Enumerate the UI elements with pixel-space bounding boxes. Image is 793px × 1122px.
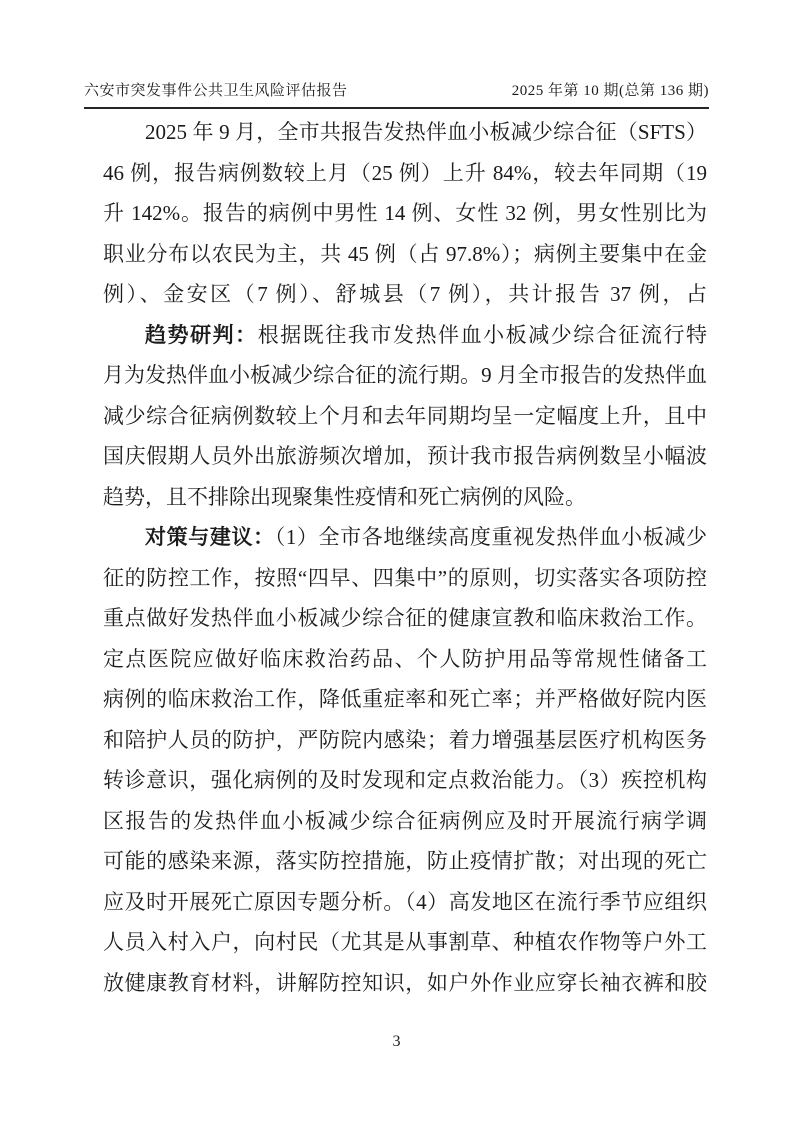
text-line: 征的防控工作，按照“四早、四集中”的原则，切实落实各项防控措施， (103, 558, 707, 599)
text-line: 趋势研判：根据既往我市发热伴血小板减少综合征流行特征，4-10 (103, 315, 707, 356)
paragraph: 对策与建议：（1）全市各地继续高度重视发热伴血小板减少综合征的防控工作，按照“四… (103, 517, 707, 1003)
bold-label: 对策与建议： (145, 525, 275, 549)
text-line: 月为发热伴血小板减少综合征的流行期。9 月全市报告的发热伴血小板 (103, 355, 707, 396)
text-line: 趋势，且不排除出现聚集性疫情和死亡病例的风险。 (103, 477, 707, 518)
text-line: 2025 年 9 月，全市共报告发热伴血小板减少综合征（SFTS）病例 (103, 112, 707, 153)
text-line: 对策与建议：（1）全市各地继续高度重视发热伴血小板减少综合 (103, 517, 707, 558)
text-line: 转诊意识，强化病例的及时发现和定点救治能力。（3）疾控机构对辖 (103, 760, 707, 801)
text-line: 区报告的发热伴血小板减少综合征病例应及时开展流行病学调查，追溯 (103, 801, 707, 842)
page-number: 3 (393, 1033, 401, 1050)
text-line: 放健康教育材料，讲解防控知识，如户外作业应穿长袖衣裤和胶鞋、裸 (103, 963, 707, 1004)
text-line: 46 例，报告病例数较上月（25 例）上升 84%，较去年同期（19 例）上 (103, 153, 707, 194)
page-header: 六安市突发事件公共卫生风险评估报告 2025 年第 10 期(总第 136 期) (84, 79, 709, 109)
header-report-title: 六安市突发事件公共卫生风险评估报告 (84, 79, 348, 100)
text-line: 升 142%。报告的病例中男性 14 例、女性 32 例，男女性别比为 1:2.… (103, 193, 707, 234)
paragraph: 趋势研判：根据既往我市发热伴血小板减少综合征流行特征，4-10月为发热伴血小板减… (103, 315, 707, 518)
text-line: 病例的临床救治工作，降低重症率和死亡率；并严格做好院内医护人员 (103, 679, 707, 720)
text-line: 可能的感染来源，落实防控措施，防止疫情扩散；对出现的死亡病例， (103, 841, 707, 882)
page-footer: 3 (0, 1033, 793, 1051)
header-issue-number: 2025 年第 10 期(总第 136 期) (512, 79, 709, 100)
text-line: 减少综合征病例数较上个月和去年同期均呈一定幅度上升，且中秋节和 (103, 396, 707, 437)
document-body: 2025 年 9 月，全市共报告发热伴血小板减少综合征（SFTS）病例46 例，… (103, 112, 707, 1003)
bold-label: 趋势研判： (145, 323, 258, 347)
text-line: 人员入村入户，向村民（尤其是从事割草、种植农作物等户外工作）发 (103, 922, 707, 963)
text-line: 重点做好发热伴血小板减少综合征的健康宣教和临床救治工作。（2） (103, 598, 707, 639)
text-line: 和陪护人员的防护，严防院内感染；着力增强基层医疗机构医务人员的 (103, 720, 707, 761)
text-line: 职业分布以农民为主，共 45 例（占 97.8%）；病例主要集中在金寨县（23 (103, 234, 707, 275)
text-line: 国庆假期人员外出旅游频次增加，预计我市报告病例数呈小幅波动上升 (103, 436, 707, 477)
text-line: 例）、金安区（7 例）、舒城县（7 例），共计报告 37 例，占 80.4%。 (103, 274, 707, 315)
text-line: 定点医院应做好临床救治药品、个人防护用品等常规性储备工作，做好 (103, 639, 707, 680)
paragraph: 2025 年 9 月，全市共报告发热伴血小板减少综合征（SFTS）病例46 例，… (103, 112, 707, 315)
document-page: 六安市突发事件公共卫生风险评估报告 2025 年第 10 期(总第 136 期)… (0, 0, 793, 1122)
text-line: 应及时开展死亡原因专题分析。（4）高发地区在流行季节应组织专业 (103, 882, 707, 923)
